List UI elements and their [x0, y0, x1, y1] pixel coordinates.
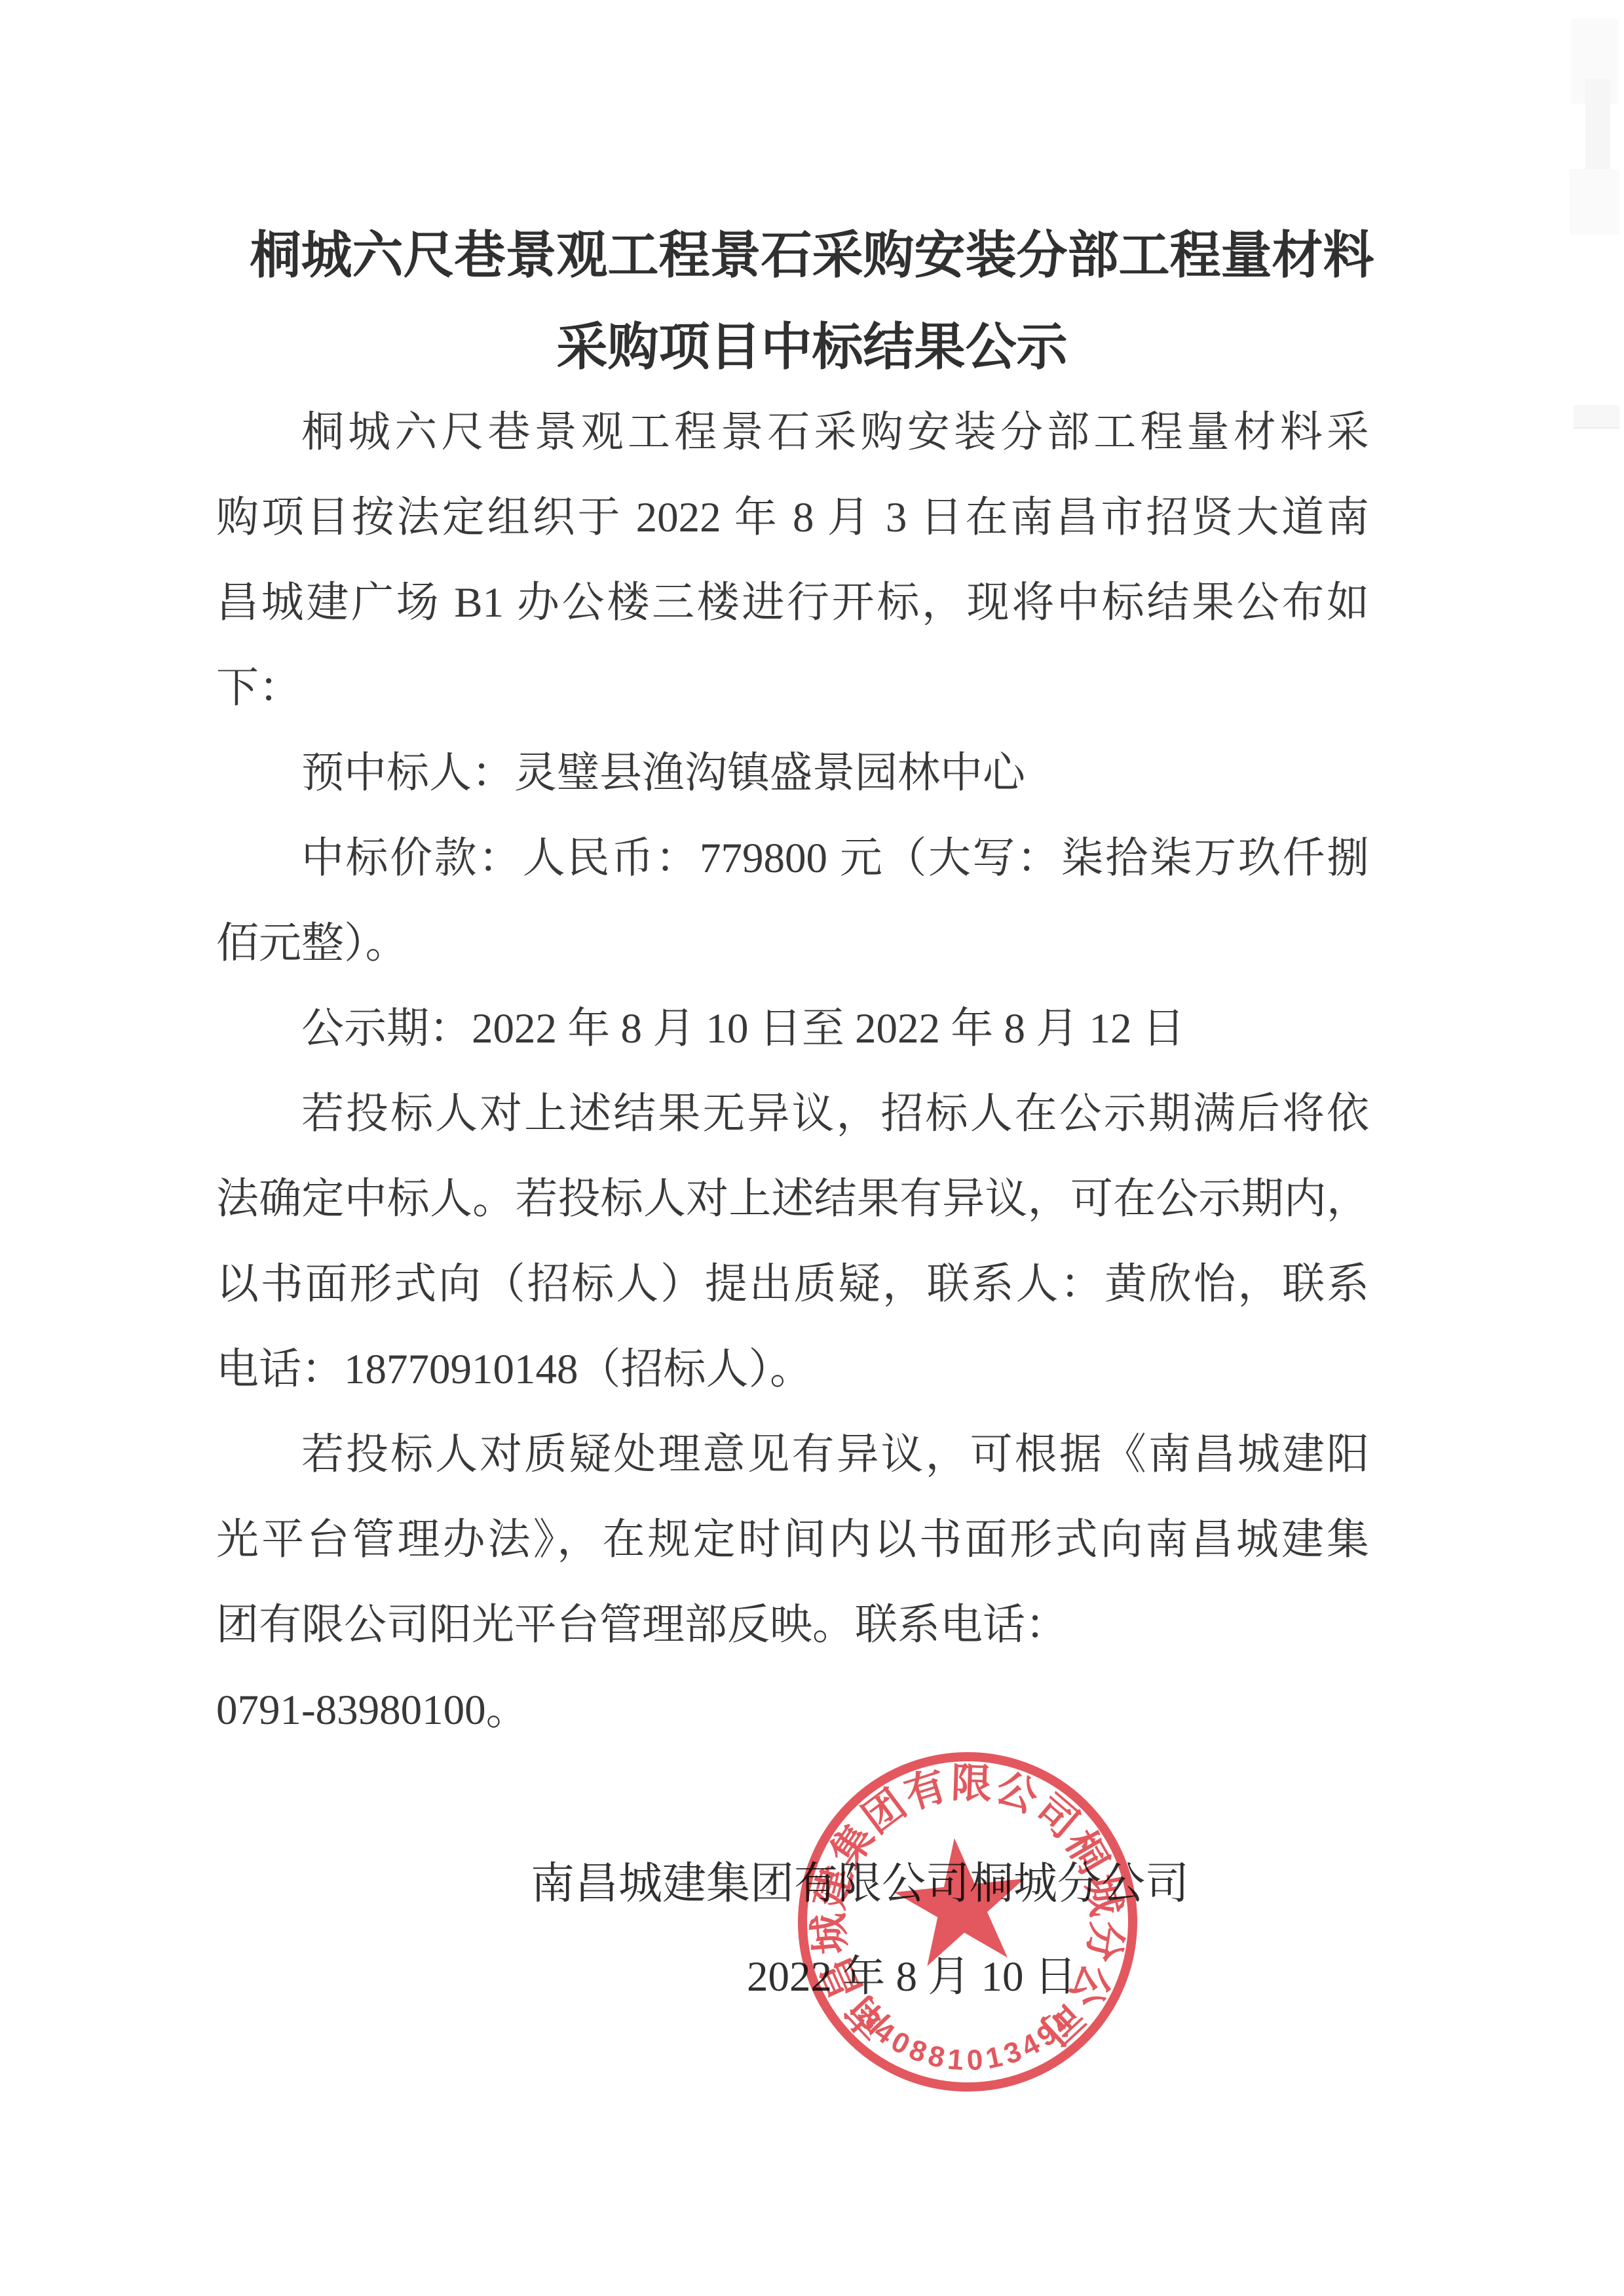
scan-artifact: [1574, 405, 1619, 429]
contact-phone-line: 电话：18770910148（招标人）。: [216, 1327, 1369, 1412]
title-line-1: 桐城六尺巷景观工程景石采购安装分部工程量材料: [0, 210, 1624, 301]
body-line: 法确定中标人。若投标人对上述结果有异议，可在公示期内，: [216, 1157, 1369, 1242]
official-seal: 南昌城建集团有限公司桐城分公司 3408810134948: [784, 1738, 1151, 2105]
body-line: 若投标人对上述结果无异议，招标人在公示期满后将依: [216, 1071, 1369, 1157]
body-line: 下：: [216, 645, 1369, 731]
price-line-cont: 佰元整）。: [216, 901, 1369, 986]
body-line: 购项目按法定组织于 2022 年 8 月 3 日在南昌市招贤大道南: [216, 475, 1369, 560]
body-line: 桐城六尺巷景观工程景石采购安装分部工程量材料采: [216, 390, 1369, 475]
publicity-period-line: 公示期：2022 年 8 月 10 日至 2022 年 8 月 12 日: [216, 986, 1369, 1071]
document-page: 桐城六尺巷景观工程景石采购安装分部工程量材料 采购项目中标结果公示 桐城六尺巷景…: [0, 0, 1624, 2296]
price-line: 中标价款：人民币：779800 元（大写：柒拾柒万玖仟捌: [216, 816, 1369, 901]
body-line: 若投标人对质疑处理意见有异议，可根据《南昌城建阳: [216, 1412, 1369, 1497]
title-line-2: 采购项目中标结果公示: [0, 301, 1624, 393]
contact-line: 以书面形式向（招标人）提出质疑，联系人：黄欣怡，联系: [216, 1242, 1369, 1327]
document-body: 桐城六尺巷景观工程景石采购安装分部工程量材料采 购项目按法定组织于 2022 年…: [216, 390, 1369, 1753]
body-line: 光平台管理办法》，在规定时间内以书面形式向南昌城建集: [216, 1497, 1369, 1582]
winner-line: 预中标人：灵璧县渔沟镇盛景园林中心: [216, 731, 1369, 816]
platform-contact-line: 团有限公司阳光平台管理部反映。联系电话：: [216, 1582, 1369, 1668]
seal-star-icon: [889, 1831, 1032, 1969]
body-line: 昌城建广场 B1 办公楼三楼进行开标，现将中标结果公布如: [216, 560, 1369, 645]
scan-artifact: [1585, 79, 1610, 177]
document-title: 桐城六尺巷景观工程景石采购安装分部工程量材料 采购项目中标结果公示: [0, 210, 1624, 393]
scan-artifact: [1571, 18, 1618, 104]
